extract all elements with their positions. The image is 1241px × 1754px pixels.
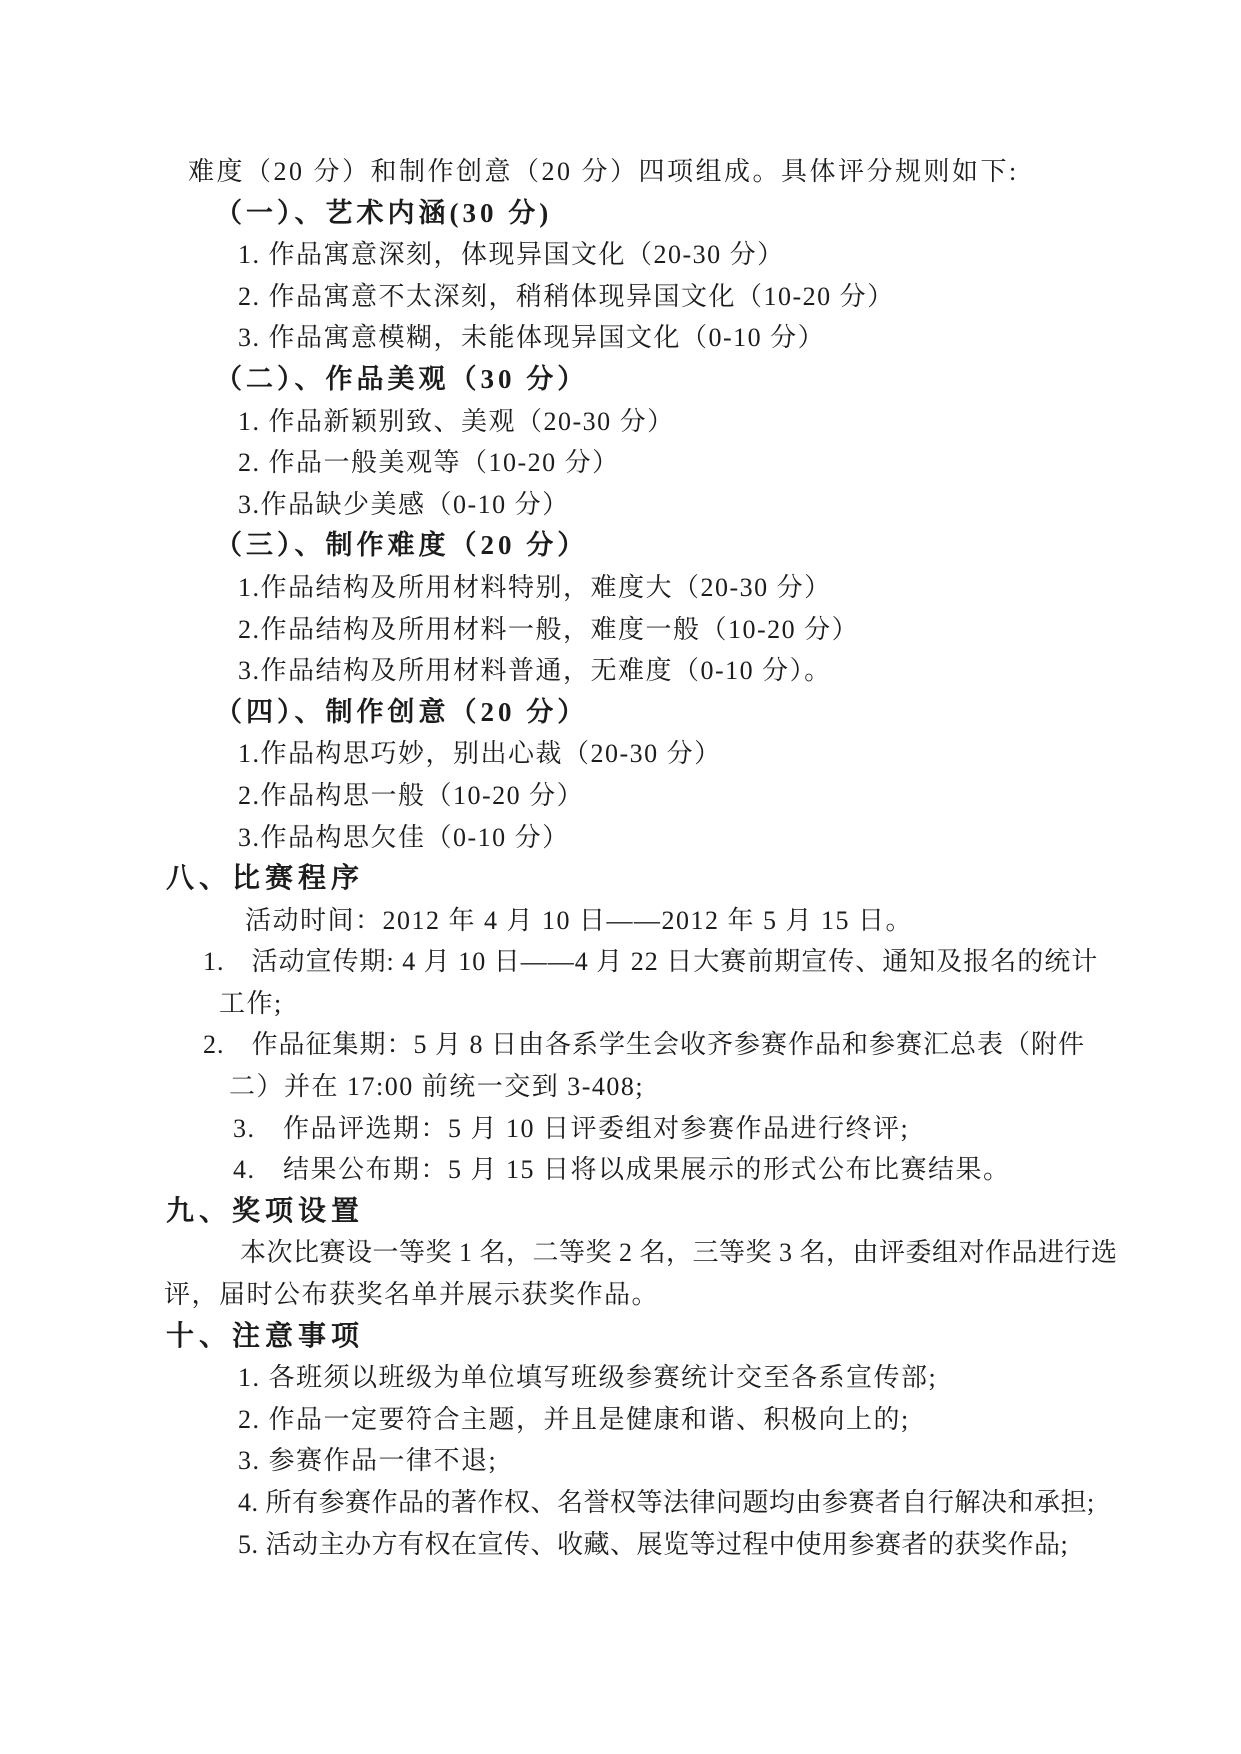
list-item-line: 3.作品构思欠佳（0-10 分） xyxy=(238,817,1241,859)
list-item-line: 2.作品结构及所用材料一般，难度一般（10-20 分） xyxy=(238,609,1241,651)
list-item-line: 3. 作品评选期：5 月 10 日评委组对参赛作品进行终评; xyxy=(233,1108,1241,1150)
list-item-line: 3.作品缺少美感（0-10 分） xyxy=(238,484,1241,526)
subsection-heading: （一）、艺术内涵(30 分) xyxy=(215,193,1241,235)
list-item-line: 3.作品结构及所用材料普通，无难度（0-10 分）。 xyxy=(238,650,1241,692)
list-item-line: 2. 作品一般美观等（10-20 分） xyxy=(238,442,1241,484)
list-item-line: 1. 活动宣传期: 4 月 10 日——4 月 22 日大赛前期宣传、通知及报名… xyxy=(203,941,1241,983)
subsection-heading: （四）、制作创意（20 分） xyxy=(215,692,1241,734)
list-item-line: 1.作品结构及所用材料特别，难度大（20-30 分） xyxy=(238,567,1241,609)
document-body: 难度（20 分）和制作创意（20 分）四项组成。具体评分规则如下:（一）、艺术内… xyxy=(0,151,1241,1565)
list-item-line: 2. 作品寓意不太深刻，稍稍体现异国文化（10-20 分） xyxy=(238,276,1241,318)
list-item-line: 2.作品构思一般（10-20 分） xyxy=(238,775,1241,817)
section-heading: 八、比赛程序 xyxy=(166,858,1241,900)
list-item-line: 3. 作品寓意模糊，未能体现异国文化（0-10 分） xyxy=(238,317,1241,359)
section-heading: 九、奖项设置 xyxy=(166,1191,1241,1233)
section-heading: 十、注意事项 xyxy=(166,1316,1241,1358)
list-item-line: 1. 作品新颖别致、美观（20-30 分） xyxy=(238,401,1241,443)
list-item-line: 1. 作品寓意深刻，体现异国文化（20-30 分） xyxy=(238,234,1241,276)
paragraph-line: 活动时间：2012 年 4 月 10 日——2012 年 5 月 15 日。 xyxy=(245,900,1241,942)
paragraph-continuation-line: 工作; xyxy=(219,983,1241,1025)
list-item-line: 2. 作品征集期：5 月 8 日由各系学生会收齐参赛作品和参赛汇总表（附件 xyxy=(203,1024,1241,1066)
document-page: 难度（20 分）和制作创意（20 分）四项组成。具体评分规则如下:（一）、艺术内… xyxy=(0,0,1241,1754)
paragraph-continuation-line: 评，届时公布获奖名单并展示获奖作品。 xyxy=(164,1274,1241,1316)
subsection-heading: （三）、制作难度（20 分） xyxy=(215,525,1241,567)
list-item-line: 4. 结果公布期：5 月 15 日将以成果展示的形式公布比赛结果。 xyxy=(233,1149,1241,1191)
list-item-line: 5. 活动主办方有权在宣传、收藏、展览等过程中使用参赛者的获奖作品; xyxy=(238,1524,1241,1566)
list-item-line: 1. 各班须以班级为单位填写班级参赛统计交至各系宣传部; xyxy=(238,1357,1241,1399)
subsection-heading: （二）、作品美观（30 分） xyxy=(215,359,1241,401)
paragraph-continuation-line: 难度（20 分）和制作创意（20 分）四项组成。具体评分规则如下: xyxy=(188,151,1241,193)
list-item-line: 4. 所有参赛作品的著作权、名誉权等法律问题均由参赛者自行解决和承担; xyxy=(238,1482,1241,1524)
list-item-line: 2. 作品一定要符合主题，并且是健康和谐、积极向上的; xyxy=(238,1399,1241,1441)
paragraph-continuation-line: 二）并在 17:00 前统一交到 3-408; xyxy=(229,1066,1241,1108)
paragraph-line: 本次比赛设一等奖 1 名，二等奖 2 名，三等奖 3 名，由评委组对作品进行选 xyxy=(240,1232,1241,1274)
list-item-line: 1.作品构思巧妙，别出心裁（20-30 分） xyxy=(238,733,1241,775)
list-item-line: 3. 参赛作品一律不退; xyxy=(238,1440,1241,1482)
